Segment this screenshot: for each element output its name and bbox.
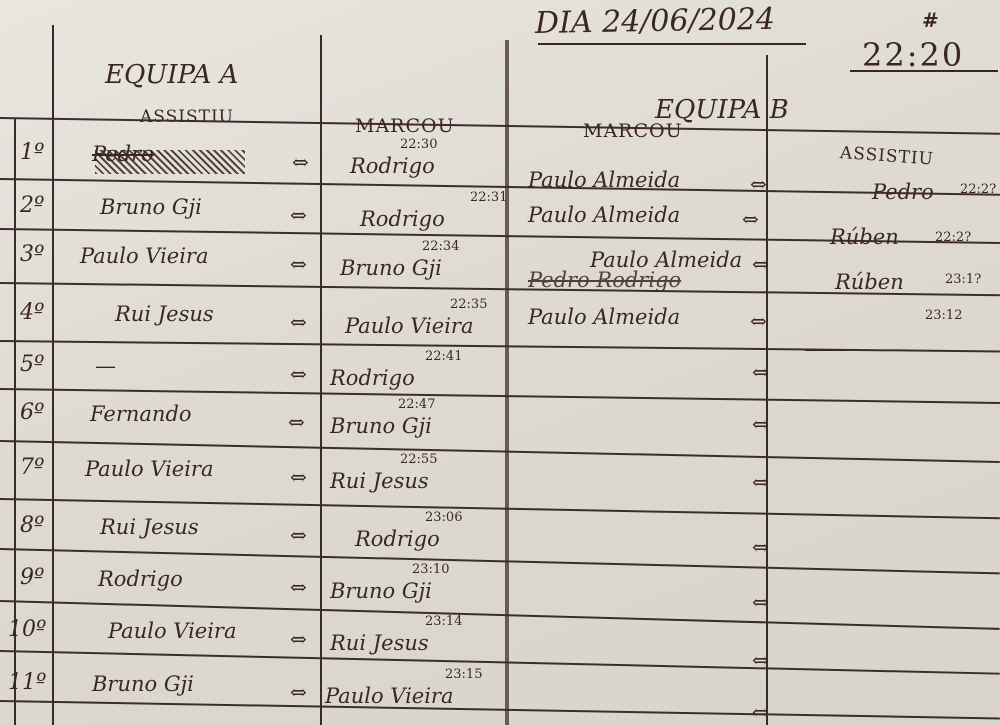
goal-time: 23:1? — [945, 272, 981, 287]
scorer-player: Rodrigo — [330, 366, 415, 390]
goal-time: 22:30 — [400, 137, 437, 152]
goal-number: 5º — [20, 352, 44, 377]
link-arrow-icon: ⇔ — [290, 362, 307, 386]
goal-time: 22:41 — [425, 349, 462, 364]
goal-number: 7º — [20, 455, 44, 480]
goal-time: 22:34 — [422, 239, 459, 254]
assist-player: Pedro — [872, 180, 934, 204]
link-arrow-icon: ⇔ — [290, 252, 307, 276]
link-arrow-icon: ⇔ — [288, 410, 305, 434]
assist-player: Paulo Vieira — [108, 619, 236, 643]
goal-number: 11º — [8, 670, 46, 695]
goal-number: 8º — [20, 513, 44, 538]
scorer-player: Rodrigo — [360, 207, 445, 231]
scorer-player: Paulo Almeida — [528, 168, 680, 192]
assist-player: Rui Jesus — [115, 302, 214, 326]
goal-time: 22:35 — [450, 297, 487, 312]
link-arrow-icon: ⇔ — [752, 470, 769, 494]
link-arrow-icon: ⇔ — [750, 172, 767, 196]
link-arrow-icon: ⇔ — [742, 207, 759, 231]
time-mark: # — [922, 8, 939, 32]
assist-player: Rúben — [835, 270, 904, 294]
assist-player: Rui Jesus — [100, 515, 199, 539]
link-arrow-icon: ⇔ — [752, 252, 769, 276]
link-arrow-icon: ⇔ — [752, 700, 769, 724]
scorer-player: Rui Jesus — [330, 469, 429, 493]
link-arrow-icon: ⇔ — [290, 523, 307, 547]
link-arrow-icon: ⇔ — [752, 412, 769, 436]
scorer-player: Rodrigo — [355, 527, 440, 551]
goal-number: 10º — [8, 617, 46, 642]
start-time: 22:20 — [862, 36, 964, 74]
team-a-assist-header: ASSISTIU — [140, 107, 234, 127]
date-underline — [538, 43, 806, 45]
link-arrow-icon: ⇔ — [752, 360, 769, 384]
goal-time: 22:47 — [398, 397, 435, 412]
scorer-player: Rui Jesus — [330, 631, 429, 655]
link-arrow-icon: ⇔ — [292, 150, 309, 174]
assist-player: Paulo Vieira — [80, 244, 208, 268]
assist-player: Bruno Gji — [92, 672, 194, 696]
goal-time: 23:06 — [425, 510, 462, 525]
row-line — [0, 650, 1000, 675]
team-a-title: EQUIPA A — [105, 60, 238, 90]
scorer-player: Bruno Gji — [330, 414, 432, 438]
goal-time: 22:2? — [960, 182, 996, 197]
goal-time: 22:2? — [935, 230, 971, 245]
goal-time: 23:15 — [445, 667, 482, 682]
link-arrow-icon: ⇔ — [750, 309, 767, 333]
goal-number: 2º — [20, 193, 44, 218]
left-margin-line — [52, 25, 54, 725]
link-arrow-icon: ⇔ — [290, 203, 307, 227]
goal-time: 23:12 — [925, 308, 962, 323]
center-binding-line — [505, 40, 509, 725]
link-arrow-icon: ⇔ — [290, 680, 307, 704]
row-line — [0, 340, 1000, 352]
scribble-mark — [95, 150, 245, 174]
link-arrow-icon: ⇔ — [290, 575, 307, 599]
date-label: DIA 24/06/2024 — [535, 2, 776, 41]
assist-player: Rúben — [830, 225, 899, 249]
column-divider-a — [320, 35, 322, 725]
scorer-player: Rodrigo — [350, 154, 435, 178]
row-line — [0, 700, 1000, 719]
assist-player: Rodrigo — [98, 567, 183, 591]
goal-time: 23:14 — [425, 614, 462, 629]
scorer-player: Paulo Vieira — [345, 314, 473, 338]
link-arrow-icon: ⇔ — [752, 648, 769, 672]
goal-number: 1º — [20, 140, 44, 165]
link-arrow-icon: ⇔ — [290, 465, 307, 489]
team-b-assist-header: ASSISTIU — [839, 143, 934, 170]
link-arrow-icon: ⇔ — [290, 627, 307, 651]
goal-number: 4º — [20, 300, 44, 325]
scorer-player: Paulo Vieira — [325, 684, 453, 708]
goal-number: 9º — [20, 565, 44, 590]
scorer-player: Paulo Almeida — [528, 203, 680, 227]
scorer-player: Paulo Almeida — [528, 305, 680, 329]
scorer-player: Bruno Gji — [330, 579, 432, 603]
assist-player: Bruno Gji — [100, 195, 202, 219]
team-a-score-header: MARCOU — [355, 115, 455, 137]
assist-player: — — [95, 354, 116, 378]
assist-player: Paulo Vieira — [85, 457, 213, 481]
scorer-player: Bruno Gji — [340, 256, 442, 280]
column-divider-b — [766, 55, 768, 725]
goal-time: 22:55 — [400, 452, 437, 467]
assist-player: ____ — [805, 327, 847, 351]
link-arrow-icon: ⇔ — [752, 535, 769, 559]
goal-number: 6º — [20, 400, 44, 425]
goal-time: 23:10 — [412, 562, 449, 577]
goal-number: 3º — [20, 242, 44, 267]
time-underline — [850, 70, 998, 72]
goal-time: 22:31 — [470, 190, 507, 205]
team-b-title: EQUIPA B — [655, 95, 789, 125]
assist-player: Fernando — [90, 402, 192, 426]
struck-scorer: Pedro Rodrigo — [528, 268, 681, 292]
link-arrow-icon: ⇔ — [752, 590, 769, 614]
link-arrow-icon: ⇔ — [290, 310, 307, 334]
